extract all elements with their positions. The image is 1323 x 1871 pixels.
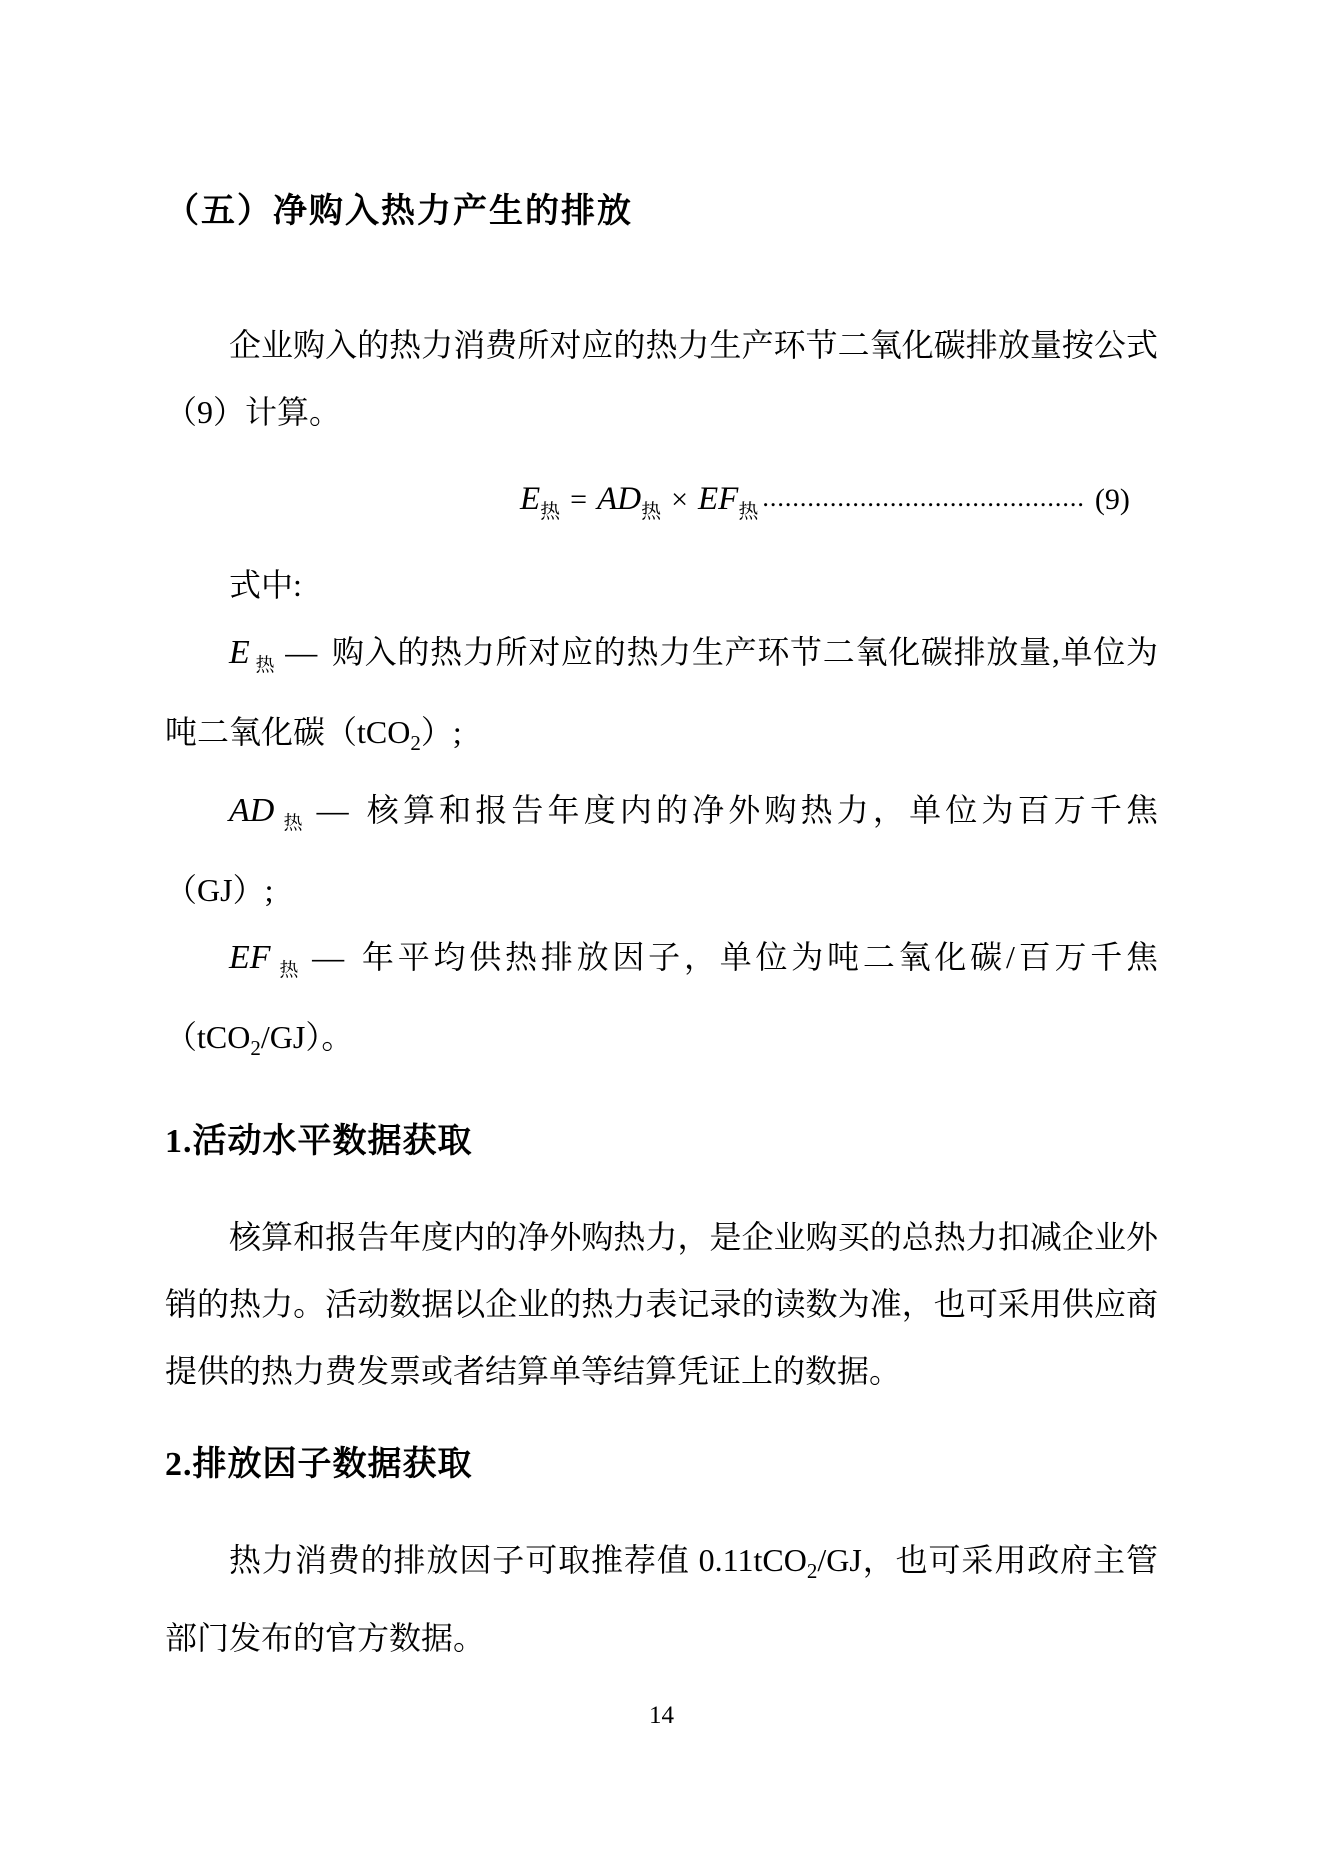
subsection-1-paragraph: 核算和报告年度内的净外购热力，是企业购买的总热力扣减企业外销的热力。活动数据以企…	[165, 1204, 1158, 1405]
formula-term-ef: EF	[698, 481, 738, 517]
definition-e-text-tail: ）;	[421, 714, 462, 750]
equation-9: E热 = AD热 × EF热 .........................…	[165, 464, 1158, 546]
subsection-2-paragraph: 热力消费的排放因子可取推荐值 0.11tCO2/GJ，也可采用政府主管部门发布的…	[165, 1527, 1158, 1672]
page-number: 14	[0, 1702, 1323, 1730]
intro-paragraph: 企业购入的热力消费所对应的热力生产环节二氧化碳排放量按公式（9）计算。	[165, 312, 1158, 446]
definition-ef-symbol-subscript: 热	[276, 960, 303, 981]
equals-sign: =	[564, 483, 593, 516]
definition-ef: EF热—年平均供热排放因子，单位为吨二氧化碳/百万千焦（tCO2/GJ）。	[165, 924, 1158, 1082]
equation-number: (9)	[1089, 483, 1130, 516]
where-label: 式中:	[165, 552, 1158, 619]
definition-ef-dash: —	[302, 939, 358, 975]
subsection-2-text: 热力消费的排放因子可取推荐值 0.11tCO	[229, 1542, 807, 1578]
definition-e-dash: —	[275, 634, 331, 670]
definition-ad-symbol: AD	[229, 792, 274, 829]
definition-ad-dash: —	[307, 792, 363, 828]
formula-term-ad: AD	[597, 481, 641, 517]
definition-ef-unit-subscript: 2	[250, 1036, 261, 1060]
definition-e: E热—购入的热力所对应的热力生产环节二氧化碳排放量,单位为吨二氧化碳（tCO2）…	[165, 619, 1158, 777]
subsection-1-heading: 1.活动水平数据获取	[165, 1120, 1158, 1164]
definition-ad: AD热—核算和报告年度内的净外购热力，单位为百万千焦（GJ）;	[165, 777, 1158, 924]
definition-e-unit-subscript: 2	[410, 731, 421, 755]
formula-term-ef-subscript: 热	[738, 501, 758, 523]
definition-e-symbol: E	[229, 634, 250, 671]
subsection-2-heading: 2.排放因子数据获取	[165, 1443, 1158, 1487]
formula-term-e: E	[520, 481, 540, 517]
dotted-leader: ........................................…	[762, 483, 1085, 512]
document-page: （五）净购入热力产生的排放 企业购入的热力消费所对应的热力生产环节二氧化碳排放量…	[0, 0, 1323, 1871]
multiply-sign: ×	[665, 483, 694, 516]
subsection-2-unit-subscript: 2	[807, 1559, 818, 1583]
definition-ef-text-tail: /GJ）。	[261, 1019, 353, 1055]
definition-ef-symbol: EF	[229, 939, 271, 976]
formula-term-ad-subscript: 热	[641, 501, 661, 523]
subsection-1-text: 核算和报告年度内的净外购热力，是企业购买的总热力扣减企业外销的热力。活动数据以企…	[165, 1219, 1158, 1389]
definition-ad-symbol-subscript: 热	[279, 813, 306, 834]
definition-e-symbol-subscript: 热	[255, 655, 275, 676]
section-5-heading: （五）净购入热力产生的排放	[165, 190, 1158, 234]
formula-term-e-subscript: 热	[540, 501, 560, 523]
equation-9-body: E热 = AD热 × EF热 .........................…	[520, 464, 1130, 546]
page-content: （五）净购入热力产生的排放 企业购入的热力消费所对应的热力生产环节二氧化碳排放量…	[0, 0, 1323, 1672]
